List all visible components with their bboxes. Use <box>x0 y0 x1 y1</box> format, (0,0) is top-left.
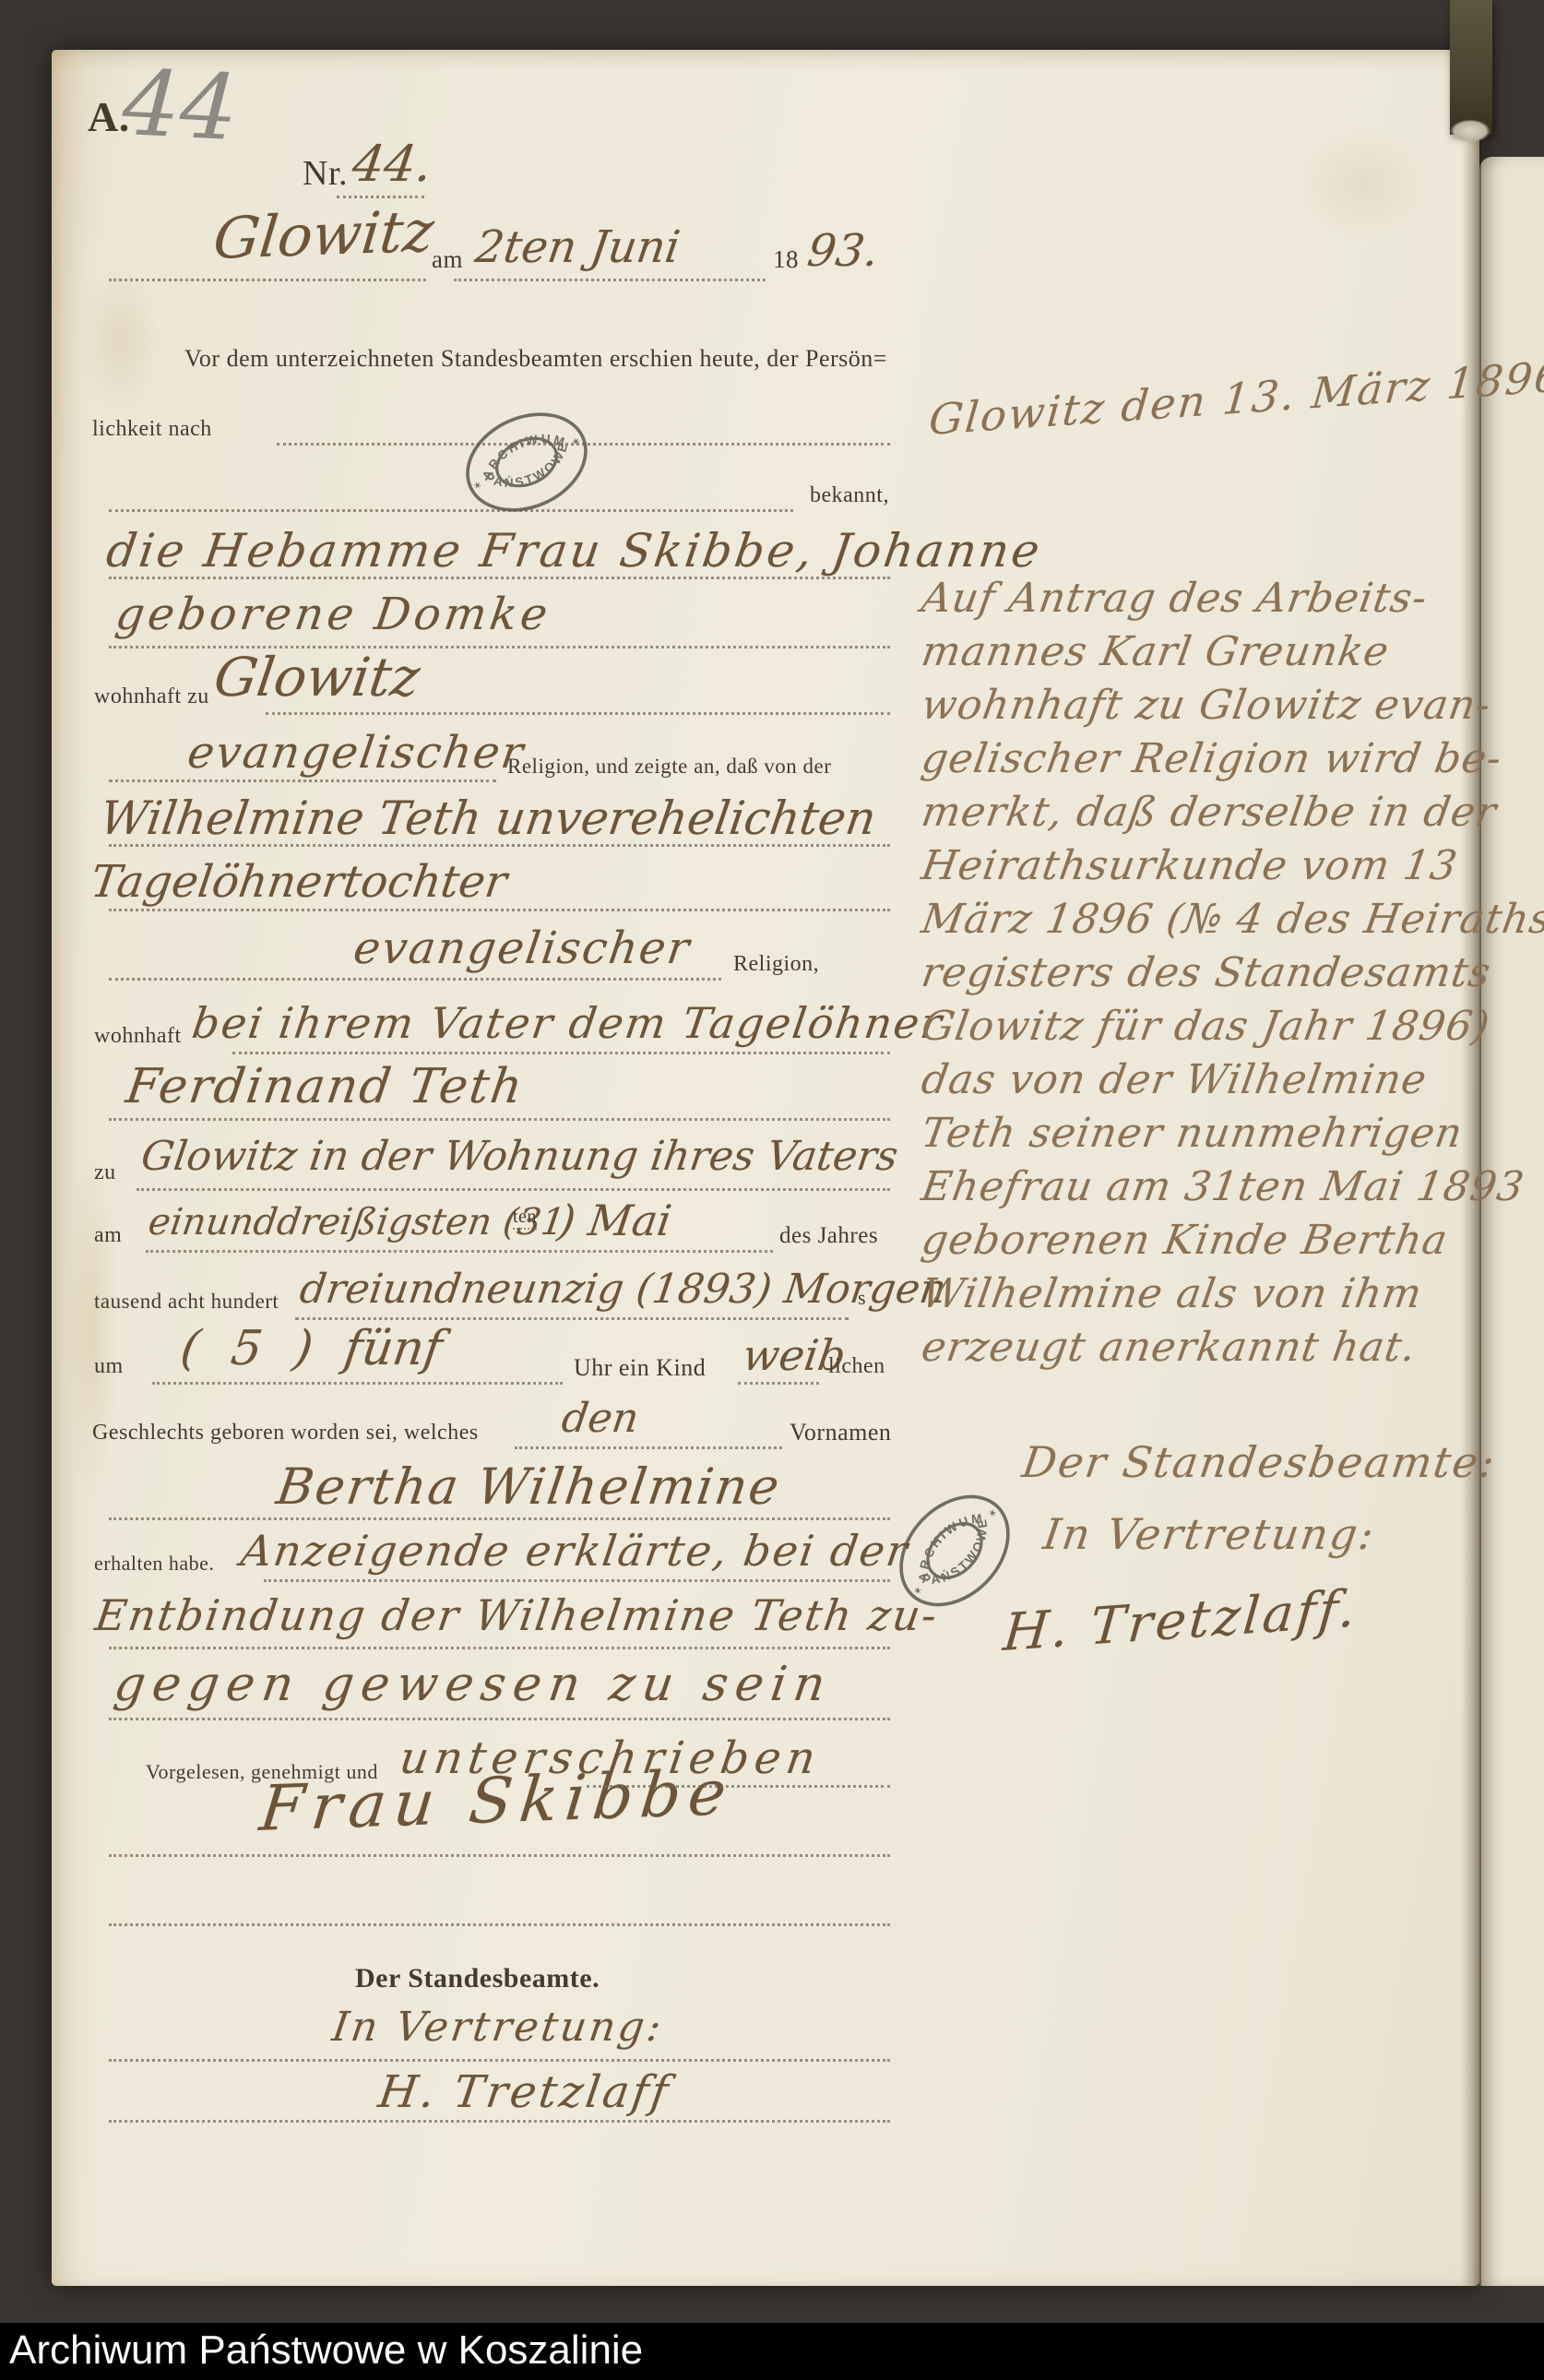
ruled-dotted-line <box>152 1382 563 1385</box>
father-name: Ferdinand Teth <box>123 1059 528 1114</box>
ruled-dotted-line <box>109 1517 890 1520</box>
margin-note-line: merkt, daß derselbe in der <box>918 786 1507 839</box>
declaration-line3: gegen gewesen zu sein <box>111 1657 836 1712</box>
margin-note-line: Auf Antrag des Arbeits- <box>918 572 1507 625</box>
deputy-note: In Vertretung: <box>329 2004 667 2051</box>
dateline-year: 93. <box>804 225 882 277</box>
ruled-dotted-line <box>266 712 890 715</box>
margin-note-line: gelischer Religion wird be- <box>918 732 1507 786</box>
religion2-value: evangelischer <box>350 922 695 974</box>
margin-note-line: wohnhaft zu Glowitz evan- <box>918 679 1507 732</box>
margin-note-line: Wilhelmine als von ihm <box>918 1267 1507 1321</box>
ruled-dotted-line <box>109 1718 890 1720</box>
margin-note-line: das von der Wilhelmine <box>918 1053 1507 1107</box>
ruled-dotted-line <box>587 1785 890 1788</box>
ruled-dotted-line <box>454 279 766 281</box>
uhr-kind-label: Uhr ein Kind <box>574 1354 706 1382</box>
dateline-am-label: am <box>432 245 463 274</box>
bookmark-ribbon <box>1450 0 1492 135</box>
dateline-century-label: 18 <box>773 245 799 274</box>
ruled-dotted-line <box>146 1250 773 1253</box>
margin-registrar-heading: Der Standesbeamte: <box>1019 1437 1500 1487</box>
margin-note-line: Heirathsurkunde vom 13 <box>918 839 1507 893</box>
margin-note-line: geborenen Kinde Bertha <box>918 1214 1507 1267</box>
dateline-date: 2ten Juni <box>472 221 683 273</box>
ruled-dotted-line <box>232 1052 890 1054</box>
geschlecht-label: Geschlechts geboren worden sei, welches <box>92 1421 479 1446</box>
ruled-dotted-line <box>337 196 424 198</box>
year-thousand-label: tausend acht hundert <box>94 1290 279 1314</box>
dateline-place: Glowitz <box>210 197 437 272</box>
morgens-s-suffix: s <box>858 1286 866 1310</box>
archive-caption-bar: Archiwum Państwowe w Koszalinie <box>0 2323 1544 2380</box>
religion1-value: evangelischer <box>184 727 529 779</box>
margin-note-line: März 1896 (№ 4 des Heiraths- <box>918 893 1507 946</box>
erhalten-label: erhalten habe. <box>94 1552 214 1576</box>
ruled-dotted-line <box>109 509 793 512</box>
margin-note-line: mannes Karl Greunke <box>918 625 1507 679</box>
residence2-value: bei ihrem Vater dem Tagelöhner <box>189 998 946 1048</box>
form-bekannt-label: bekannt, <box>810 483 889 508</box>
religion1-label: Religion, und zeigte an, daß von der <box>507 755 831 779</box>
ruled-dotted-line <box>295 1317 849 1320</box>
residence-label: wohnhaft zu <box>94 684 209 709</box>
record-number-label: Nr. <box>303 153 348 194</box>
zu-label: zu <box>94 1160 116 1185</box>
am2-label: am <box>94 1223 122 1248</box>
form-intro-line1: Vor dem unterzeichneten Standesbeamten e… <box>184 345 887 373</box>
ruled-dotted-line <box>109 2059 890 2062</box>
birth-day-ten-superscript: ten <box>513 1207 537 1230</box>
stamp-outer-ring <box>452 397 600 529</box>
birth-day-words: einunddreißigsten (31 <box>146 1201 567 1244</box>
record-number-value: 44. <box>349 135 436 193</box>
vornamen-label: Vornamen <box>790 1419 891 1446</box>
residence2-label: wohnhaft <box>94 1024 182 1049</box>
ruled-dotted-line <box>109 1118 890 1121</box>
entry-identified-line2: geborene Domke <box>113 589 554 640</box>
ruled-dotted-line <box>109 1647 890 1649</box>
des-jahres-label: des Jahres <box>779 1223 878 1249</box>
year-value: dreiundneunzig (1893) Morgen <box>297 1266 949 1313</box>
ruled-dotted-line <box>109 1923 890 1926</box>
margin-deputy-note: In Vertretung: <box>1040 1509 1379 1559</box>
margin-note-paragraph: Auf Antrag des Arbeits- mannes Karl Greu… <box>918 572 1499 1374</box>
ruled-dotted-line <box>109 279 426 281</box>
form-intro-line2: lichkeit nach <box>92 417 212 442</box>
ruled-dotted-line <box>109 909 890 911</box>
um-label: um <box>94 1354 124 1379</box>
ruled-dotted-line <box>109 646 890 649</box>
ruled-dotted-line <box>109 1854 890 1857</box>
ruled-dotted-line <box>109 844 890 847</box>
margin-note-line: erzeugt anerkannt hat. <box>918 1321 1507 1374</box>
ruled-dotted-line <box>109 779 496 782</box>
declaration-line1: Anzeigende erklärte, bei der <box>238 1526 912 1576</box>
ruled-dotted-line <box>738 1382 819 1385</box>
ruled-dotted-line <box>264 1579 890 1582</box>
ruled-dotted-line <box>109 978 721 981</box>
birth-place: Glowitz in der Wohnung ihres Vaters <box>138 1133 901 1180</box>
ruled-dotted-line <box>109 577 890 579</box>
ruled-dotted-line <box>515 1446 782 1449</box>
mother-name-line: Wilhelmine Teth unverehelichten <box>97 791 879 845</box>
pencil-record-number: 44 <box>120 51 240 161</box>
margin-note-line: Teth seiner nunmehrigen <box>918 1107 1507 1160</box>
margin-note-line: registers des Standesamts <box>918 946 1507 1000</box>
archive-scan-view: A. 44 Nr. 44. Glowitz am 2ten Juni 18 93… <box>0 0 1544 2380</box>
registrar-heading: Der Standesbeamte. <box>355 1963 600 1994</box>
child-name: Bertha Wilhelmine <box>273 1458 784 1516</box>
mother-occupation-line: Tagelöhnertochter <box>88 856 510 908</box>
hour-value: ( 5 ) fünf <box>177 1321 445 1376</box>
declaration-line2: Entbindung der Wilhelmine Teth zu- <box>92 1590 942 1640</box>
den-article: den <box>559 1395 642 1442</box>
bookmark-ribbon-tip <box>1444 116 1496 146</box>
religion2-label: Religion, <box>733 952 819 977</box>
ruled-dotted-line <box>137 1188 890 1191</box>
margin-note-line: Ehefrau am 31ten Mai 1893 <box>918 1160 1507 1214</box>
archive-caption-text: Archiwum Państwowe w Koszalinie <box>9 2327 643 2374</box>
birth-month: ) Mai <box>555 1196 674 1245</box>
ruled-dotted-line <box>109 2120 890 2123</box>
registrar-signature: H. Tretzlaff <box>375 2066 674 2118</box>
residence-value: Glowitz <box>210 646 423 708</box>
sex-suffix-label: lichen <box>828 1354 885 1379</box>
entry-identified-line1: die Hebamme Frau Skibbe, Johanne <box>103 524 1046 577</box>
margin-note-line: Glowitz für das Jahr 1896) <box>918 1000 1507 1053</box>
